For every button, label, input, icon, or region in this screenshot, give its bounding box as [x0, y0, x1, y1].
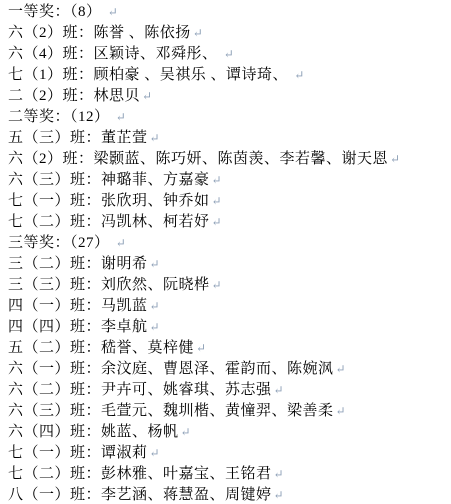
document-line: 五（三）班：董芷萱↵ [8, 128, 447, 149]
line-text: 六（三）班：神璐菲、方嘉豪 [8, 172, 210, 188]
paragraph-mark-icon: ↵ [150, 299, 160, 313]
paragraph-mark-icon: ↵ [212, 173, 222, 187]
paragraph-mark-icon: ↵ [108, 5, 118, 19]
line-text: 七（二）班：彭林雅、叶嘉宝、王铭君 [8, 466, 272, 482]
document-line: 六（二）班：尹卉可、姚睿琪、苏志强↵ [8, 380, 447, 401]
paragraph-mark-icon: ↵ [142, 89, 152, 103]
document-line: 二（2）班：林思贝↵ [8, 86, 447, 107]
paragraph-mark-icon: ↵ [274, 467, 284, 481]
paragraph-mark-icon: ↵ [116, 236, 126, 250]
paragraph-mark-icon: ↵ [336, 404, 346, 418]
award-list-document: 一等奖：（8） ↵ 六（2）班：陈誉 、陈依扬↵ 六（4）班：区颖诗、邓舜彤、 … [0, 0, 451, 504]
paragraph-mark-icon: ↵ [212, 215, 222, 229]
document-line: 七（一）班：谭淑莉↵ [8, 443, 447, 464]
document-line: 二等奖：（12） ↵ [8, 107, 447, 128]
line-text: 四（四）班：李卓航 [8, 319, 148, 335]
line-text: 六（四）班：姚蓝、杨帆 [8, 424, 179, 440]
document-line: 四（四）班：李卓航↵ [8, 317, 447, 338]
document-line: 六（2）班：陈誉 、陈依扬↵ [8, 23, 447, 44]
line-text: 七（一）班：谭淑莉 [8, 445, 148, 461]
line-text: 六（一）班：余汶庭、曹恩泽、霍韵而、陈婉沨 [8, 361, 334, 377]
document-line: 三等奖：（27） ↵ [8, 233, 447, 254]
document-line: 七（1）班：顾柏豪 、吴祺乐 、谭诗琦、 ↵ [8, 65, 447, 86]
line-text: 六（三）班：毛萱元、魏圳楷、黄憧羿、梁善柔 [8, 403, 334, 419]
line-text: 五（二）班：嵇誉、莫梓健 [8, 340, 194, 356]
line-text: 一等奖：（8） [8, 4, 106, 20]
paragraph-mark-icon: ↵ [150, 446, 160, 460]
document-line: 三（二）班：谢明希↵ [8, 254, 447, 275]
paragraph-mark-icon: ↵ [193, 26, 203, 40]
paragraph-mark-icon: ↵ [196, 341, 206, 355]
paragraph-mark-icon: ↵ [224, 47, 234, 61]
paragraph-mark-icon: ↵ [116, 110, 126, 124]
line-text: 四（一）班：马凯蓝 [8, 298, 148, 314]
document-line: 五（二）班：嵇誉、莫梓健↵ [8, 338, 447, 359]
line-text: 七（1）班：顾柏豪 、吴祺乐 、谭诗琦、 [8, 67, 292, 83]
paragraph-mark-icon: ↵ [212, 278, 222, 292]
paragraph-mark-icon: ↵ [274, 488, 284, 502]
line-text: 六（2）班：陈誉 、陈依扬 [8, 25, 191, 41]
document-line: 四（一）班：马凯蓝↵ [8, 296, 447, 317]
line-text: 三（二）班：谢明希 [8, 256, 148, 272]
document-line: 三（三）班：刘欣然、阮晓桦↵ [8, 275, 447, 296]
paragraph-mark-icon: ↵ [150, 257, 160, 271]
line-text: 五（三）班：董芷萱 [8, 130, 148, 146]
paragraph-mark-icon: ↵ [294, 68, 304, 82]
line-text: 八（一）班：李艺涵、蒋慧盈、周键婷 [8, 487, 272, 503]
line-text: 七（一）班：张欣玥、钟乔如 [8, 193, 210, 209]
line-text: 六（4）班：区颖诗、邓舜彤、 [8, 46, 222, 62]
line-text: 二（2）班：林思贝 [8, 88, 140, 104]
document-line: 六（三）班：毛萱元、魏圳楷、黄憧羿、梁善柔↵ [8, 401, 447, 422]
line-text: 六（2）班：梁颢蓝、陈巧妍、陈茵羡、李若馨、谢天恩 [8, 151, 388, 167]
paragraph-mark-icon: ↵ [336, 362, 346, 376]
paragraph-mark-icon: ↵ [212, 194, 222, 208]
paragraph-mark-icon: ↵ [181, 425, 191, 439]
line-text: 三（三）班：刘欣然、阮晓桦 [8, 277, 210, 293]
document-line: 七（二）班：彭林雅、叶嘉宝、王铭君↵ [8, 464, 447, 485]
document-line: 一等奖：（8） ↵ [8, 2, 447, 23]
document-line: 六（三）班：神璐菲、方嘉豪↵ [8, 170, 447, 191]
document-line: 八（一）班：李艺涵、蒋慧盈、周键婷↵ [8, 485, 447, 504]
document-line: 七（二）班：冯凯林、柯若妤↵ [8, 212, 447, 233]
paragraph-mark-icon: ↵ [150, 320, 160, 334]
document-line: 六（4）班：区颖诗、邓舜彤、 ↵ [8, 44, 447, 65]
paragraph-mark-icon: ↵ [274, 383, 284, 397]
document-line: 六（2）班：梁颢蓝、陈巧妍、陈茵羡、李若馨、谢天恩↵ [8, 149, 447, 170]
line-text: 二等奖：（12） [8, 109, 114, 125]
paragraph-mark-icon: ↵ [150, 131, 160, 145]
document-line: 七（一）班：张欣玥、钟乔如↵ [8, 191, 447, 212]
line-text: 三等奖：（27） [8, 235, 114, 251]
document-line: 六（四）班：姚蓝、杨帆↵ [8, 422, 447, 443]
line-text: 七（二）班：冯凯林、柯若妤 [8, 214, 210, 230]
paragraph-mark-icon: ↵ [390, 152, 400, 166]
document-line: 六（一）班：余汶庭、曹恩泽、霍韵而、陈婉沨↵ [8, 359, 447, 380]
line-text: 六（二）班：尹卉可、姚睿琪、苏志强 [8, 382, 272, 398]
